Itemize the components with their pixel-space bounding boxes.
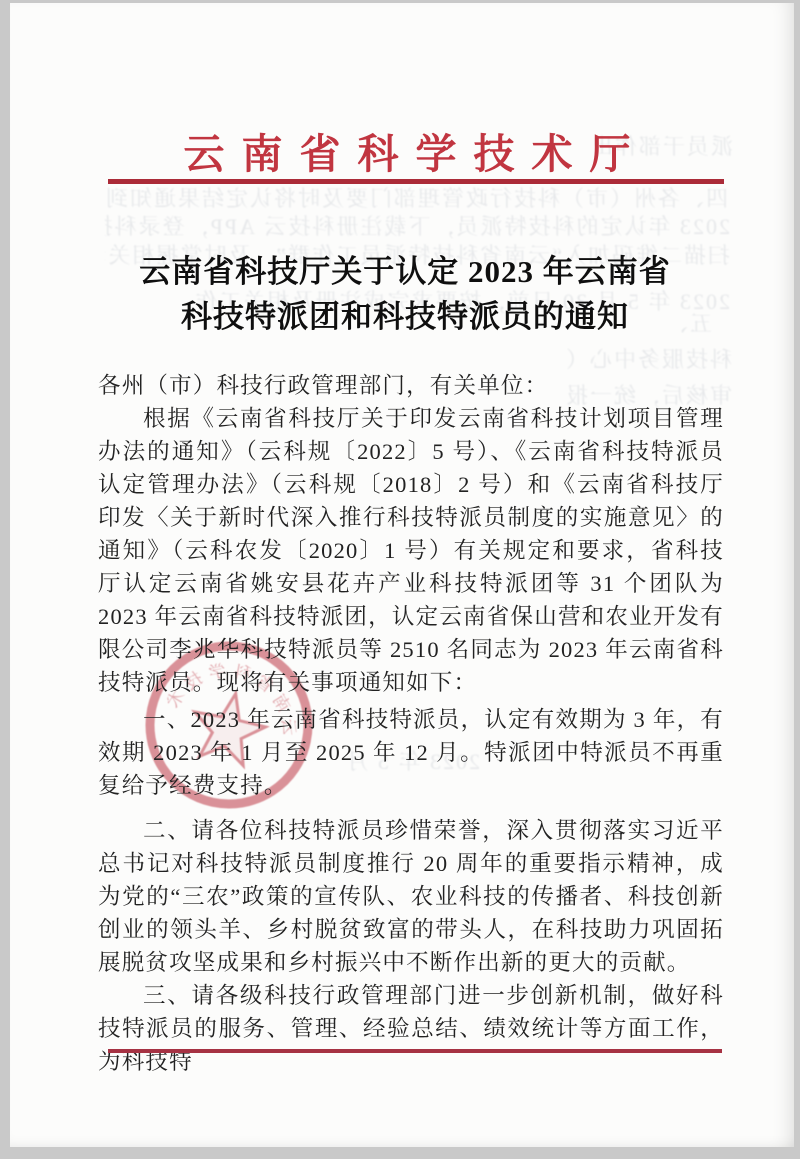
document-title-line1: 云南省科技厅关于认定 2023 年云南省 bbox=[70, 249, 740, 294]
paragraph: 三、请各级科技行政管理部门进一步创新机制，做好科技特派员的服务、管理、经验总结、… bbox=[98, 979, 724, 1078]
paragraph: 二、请各位科技特派员珍惜荣誉，深入贯彻落实习近平总书记对科技特派员制度推行 20… bbox=[98, 814, 724, 979]
document-title-line2: 科技特派团和科技特派员的通知 bbox=[70, 294, 740, 339]
bleedthrough-line: 2023 年认定的科技特派员，下载注册科技云 APP，登录科技云 APP bbox=[105, 214, 730, 240]
salutation: 各州（市）科技行政管理部门，有关单位： bbox=[98, 369, 724, 402]
document-body: 各州（市）科技行政管理部门，有关单位： 根据《云南省科技厅关于印发云南省科技计划… bbox=[98, 369, 724, 1078]
paragraph: 一、2023 年云南省科技特派员，认定有效期为 3 年，有效期 2023 年 1… bbox=[98, 703, 724, 802]
footer-rule bbox=[108, 1049, 722, 1053]
document-title: 云南省科技厅关于认定 2023 年云南省 科技特派团和科技特派员的通知 bbox=[70, 249, 740, 339]
bleedthrough-line: 四、各州（市）科技行政管理部门要及时将认定结果通知到特派员 bbox=[108, 186, 728, 212]
scanned-document-page: 派员干部作出的成绩 四、各州（市）科技行政管理部门要及时将认定结果通知到特派员 … bbox=[10, 3, 794, 1147]
letterhead-divider-rule bbox=[108, 179, 724, 184]
paragraph: 根据《云南省科技厅关于印发云南省科技计划项目管理办法的通知》（云科规〔2022〕… bbox=[98, 402, 724, 699]
letterhead-title: 云南省科学技术厅 bbox=[90, 121, 724, 180]
